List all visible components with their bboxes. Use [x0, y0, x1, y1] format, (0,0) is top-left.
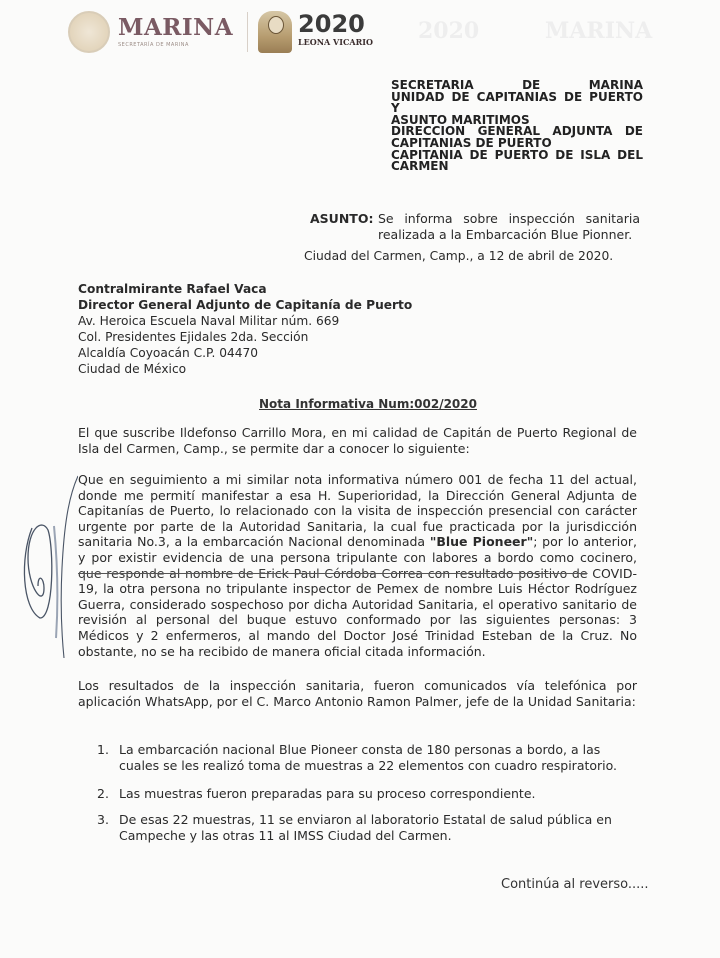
national-seal-icon	[68, 11, 110, 53]
document-date: Ciudad del Carmen, Camp., a 12 de abril …	[304, 249, 613, 263]
note-title: Nota Informativa Num:002/2020	[0, 397, 720, 411]
intro-paragraph: El que suscribe Ildefonso Carrillo Mora,…	[78, 425, 637, 456]
subject-text: Se informa sobre inspección sanitaria re…	[378, 211, 640, 243]
institution-line: CARMEN	[391, 161, 643, 173]
recipient-address-line: Av. Heroica Escuela Naval Militar núm. 6…	[78, 313, 412, 329]
vessel-name: "Blue Pioneer"	[430, 534, 533, 549]
institution-line: UNIDAD DE CAPITANIAS DE PUERTO Y	[391, 92, 643, 115]
recipient-address-line: Alcaldía Coyoacán C.P. 04470	[78, 345, 412, 361]
bleed-through-text: MARINA	[545, 18, 652, 44]
marina-logo-subtitle: SECRETARÍA DE MARINA	[118, 42, 233, 48]
list-item-text: La embarcación nacional Blue Pioneer con…	[119, 742, 637, 773]
marina-logo: MARINA SECRETARÍA DE MARINA	[118, 16, 233, 48]
continued-note: Continúa al reverso.....	[501, 877, 649, 892]
struck-through-text: que responde al nombre de Erick Paul Cór…	[78, 566, 588, 581]
list-item: 3. De esas 22 muestras, 11 se enviaron a…	[97, 812, 637, 843]
list-item-number: 3.	[97, 812, 119, 843]
list-item-number: 1.	[97, 742, 119, 773]
recipient-block: Contralmirante Rafael Vaca Director Gene…	[78, 281, 412, 377]
leona-vicario-portrait-icon	[258, 11, 292, 53]
recipient-name: Contralmirante Rafael Vaca	[78, 281, 412, 297]
list-item: 1. La embarcación nacional Blue Pioneer …	[97, 742, 637, 773]
logo-divider	[247, 12, 248, 52]
subject-label: ASUNTO:	[310, 211, 373, 227]
recipient-address-line: Ciudad de México	[78, 361, 412, 377]
subject-block: ASUNTO: Se informa sobre inspección sani…	[310, 211, 640, 243]
header-logos: MARINA SECRETARÍA DE MARINA 2020 LEONA V…	[68, 8, 373, 56]
list-item-number: 2.	[97, 786, 119, 802]
list-item-text: Las muestras fueron preparadas para su p…	[119, 786, 637, 802]
leona-vicario-text: LEONA VICARIO	[298, 37, 373, 47]
note-title-text: Nota Informativa Num:002/2020	[259, 397, 477, 411]
leona-subtitle	[298, 48, 373, 53]
institution-heading: SECRETARIA DE MARINA UNIDAD DE CAPITANIA…	[391, 80, 643, 173]
year-text: 2020	[298, 12, 373, 36]
results-paragraph: Los resultados de la inspección sanitari…	[78, 678, 637, 709]
marina-logo-text: MARINA	[118, 16, 233, 40]
year-logo: 2020 LEONA VICARIO	[298, 12, 373, 53]
recipient-title: Director General Adjunto de Capitanía de…	[78, 297, 412, 313]
bleed-through-text: 2020	[418, 18, 479, 44]
list-item: 2. Las muestras fueron preparadas para s…	[97, 786, 637, 802]
handwritten-signature-icon	[18, 468, 78, 663]
document-page: 2020 MARINA MARINA SECRETARÍA DE MARINA …	[0, 0, 720, 958]
list-item-text: De esas 22 muestras, 11 se enviaron al l…	[119, 812, 637, 843]
recipient-address-line: Col. Presidentes Ejidales 2da. Sección	[78, 329, 412, 345]
main-paragraph: Que en seguimiento a mi similar nota inf…	[78, 472, 637, 659]
